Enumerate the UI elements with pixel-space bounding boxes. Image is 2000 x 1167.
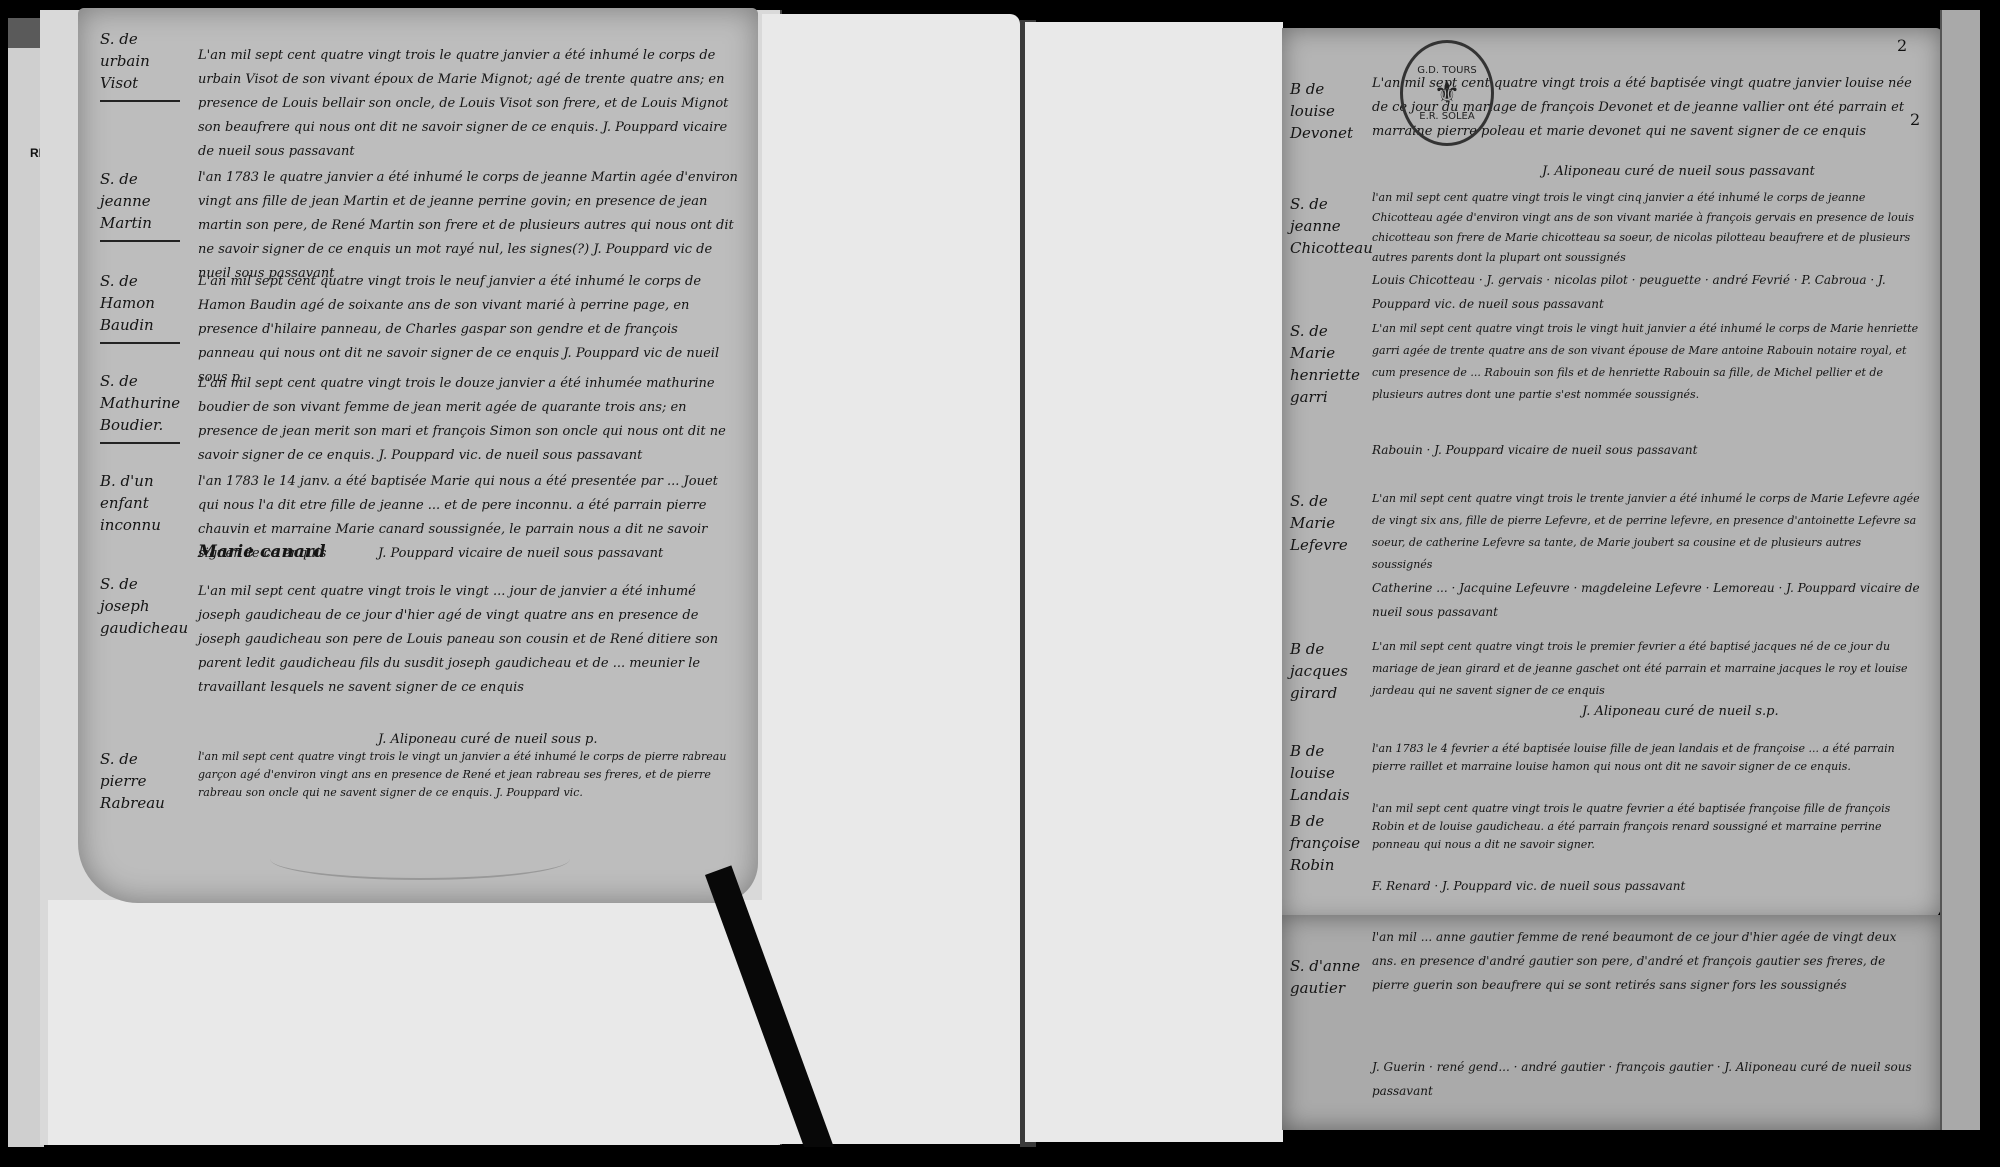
margin-note: B delouiseLandais <box>1290 740 1380 806</box>
margin-note: B. d'unenfant inconnu <box>100 470 190 536</box>
blank-leaf-left <box>762 14 1020 1144</box>
right-lower-fragment: S. d'annegautier l'an mil ... anne gauti… <box>1282 915 1942 1130</box>
register-entry: L'an mil sept cent quatre vingt trois le… <box>1372 636 1922 702</box>
left-register-page: S. deurbainVisot L'an mil sept cent quat… <box>78 8 758 903</box>
archive-stamp: G.D. TOURS⚜E.R. SOLEA <box>1400 40 1494 146</box>
register-entry: l'an mil ... anne gautier femme de rené … <box>1372 925 1922 997</box>
margin-note: S. deMariehenriettegarri <box>1290 320 1380 408</box>
margin-note: S. d'annegautier <box>1290 955 1380 999</box>
page-number: 2 <box>1897 36 1907 55</box>
margin-note: B dejacquesgirard <box>1290 638 1380 704</box>
signature: Marie canard <box>198 540 326 564</box>
pen-flourish <box>270 838 570 880</box>
margin-note: S. dejosephgaudicheau <box>100 573 190 639</box>
margin-note: S. dejeanneMartin <box>100 168 190 242</box>
register-entry: L'an mil sept cent quatre vingt trois le… <box>1372 318 1922 406</box>
register-entry: l'an mil sept cent quatre vingt trois le… <box>1372 800 1922 854</box>
signature: J. Aliponeau curé de nueil sous passavan… <box>1542 160 1815 184</box>
signature: J. Aliponeau curé de nueil s.p. <box>1582 700 1779 724</box>
signature-list: Louis Chicotteau · J. gervais · nicolas … <box>1372 268 1922 316</box>
register-entry: l'an 1783 le 4 fevrier a été baptisée lo… <box>1372 740 1922 776</box>
blank-leaf-right <box>1025 22 1283 1142</box>
margin-note: S. deMarieLefevre <box>1290 490 1380 556</box>
spine-dark-patch <box>8 18 44 48</box>
register-entry: L'an mil sept cent quatre vingt trois le… <box>198 44 738 164</box>
register-entry: l'an 1783 le quatre janvier a été inhumé… <box>198 166 738 286</box>
register-entry: L'an mil sept cent quatre vingt trois le… <box>198 372 738 468</box>
signature-list: F. Renard · J. Pouppard vic. de nueil so… <box>1372 874 1922 898</box>
margin-note: S. deMathurineBoudier. <box>100 370 190 444</box>
margin-note: S. deurbainVisot <box>100 28 190 102</box>
margin-note: S. depierreRabreau <box>100 748 190 814</box>
register-entry: L'an mil sept cent quatre vingt trois le… <box>1372 488 1922 576</box>
margin-note: B defrançoiseRobin <box>1290 810 1380 876</box>
signature-list: Rabouin · J. Pouppard vicaire de nueil s… <box>1372 438 1922 462</box>
register-entry: l'an mil sept cent quatre vingt trois le… <box>198 748 738 802</box>
register-entry: L'an mil sept cent quatre vingt trois le… <box>198 580 738 700</box>
signature: J. Pouppard vicaire de nueil sous passav… <box>378 542 663 566</box>
right-page-edge <box>1940 10 1980 1130</box>
signature-list: J. Guerin · rené gend... · andré gautier… <box>1372 1055 1922 1103</box>
margin-note: S. dejeanneChicotteau <box>1290 193 1380 259</box>
right-register-page: 2 2 B delouiseDevonet L'an mil sept cent… <box>1282 28 1942 923</box>
blank-leaf-bottom <box>48 900 778 1145</box>
scan-bottom-border <box>0 1147 2000 1167</box>
signature-list: Catherine ... · Jacquine Lefeuvre · magd… <box>1372 576 1922 624</box>
margin-note: B delouiseDevonet <box>1290 78 1380 144</box>
margin-note: S. deHamonBaudin <box>100 270 190 344</box>
fleur-de-lis-icon: ⚜ <box>1417 76 1477 111</box>
register-spine-strip: RE <box>8 18 44 1148</box>
register-entry: l'an mil sept cent quatre vingt trois le… <box>1372 188 1922 268</box>
